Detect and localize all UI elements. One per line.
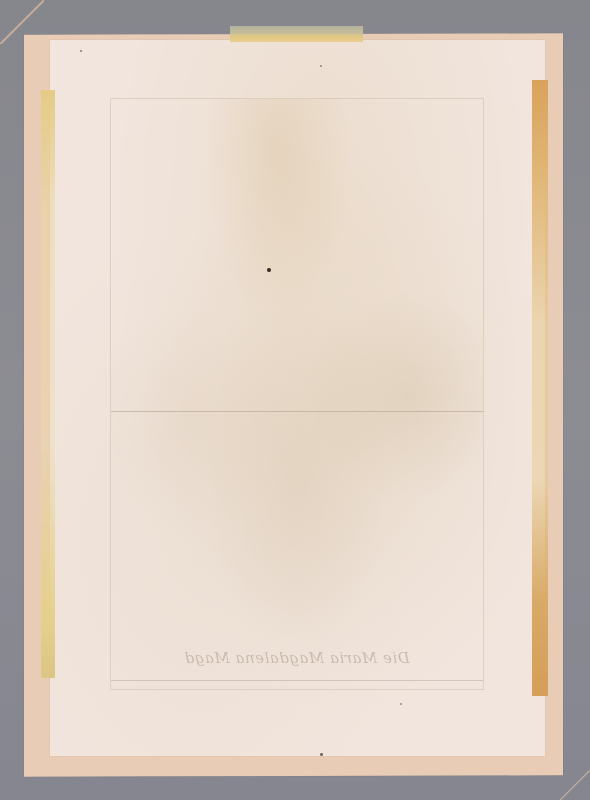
foxing-spot <box>400 703 402 705</box>
mirrored-caption: Die Maria Magdalena Magd <box>111 649 483 667</box>
hinge-tape-top <box>230 26 363 42</box>
caption-rule <box>111 680 483 681</box>
plate-mark: Die Maria Magdalena Magd <box>110 98 484 690</box>
foxing-spot <box>320 753 323 756</box>
board-bevel-corner-bottom-right <box>560 770 590 800</box>
hinge-tape-right <box>532 80 548 696</box>
show-through-image <box>111 99 483 639</box>
print-sheet-verso: Die Maria Magdalena Magd <box>50 40 545 756</box>
foxing-spot <box>80 50 82 52</box>
foxing-spot <box>267 268 271 272</box>
gray-mount-board: Die Maria Magdalena Magd <box>0 0 590 800</box>
foxing-spot <box>320 65 322 67</box>
fold-crease <box>111 411 483 412</box>
hinge-tape-left <box>41 90 55 678</box>
